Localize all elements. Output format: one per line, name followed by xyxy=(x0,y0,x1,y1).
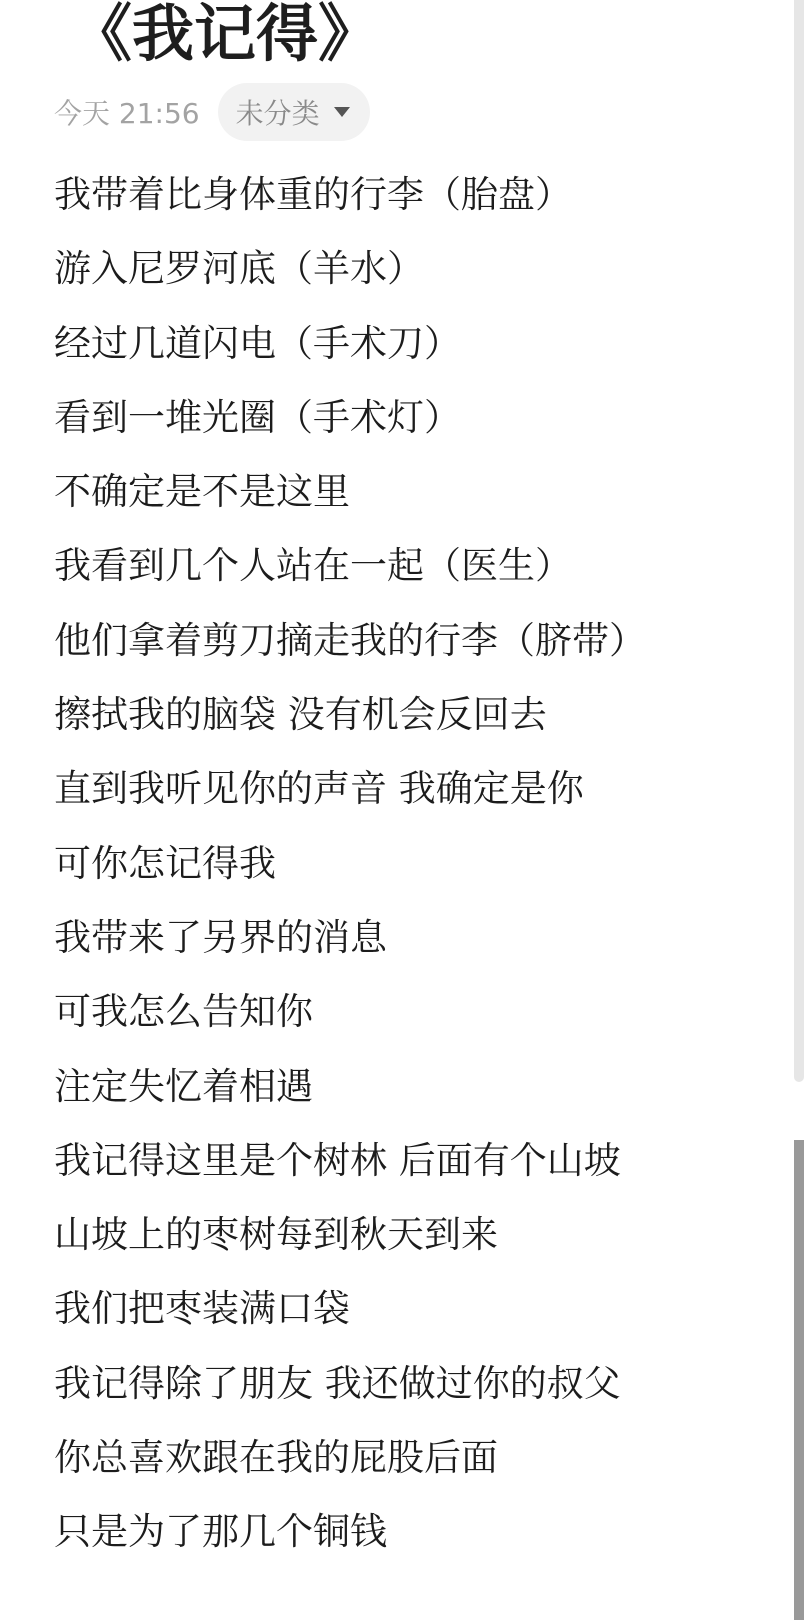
category-label: 未分类 xyxy=(236,92,320,132)
note-line: 我看到几个人站在一起（医生） xyxy=(54,529,774,603)
note-line: 我带来了另界的消息 xyxy=(54,901,774,975)
note-line: 我记得除了朋友 我还做过你的叔父 xyxy=(54,1347,774,1421)
note-line: 经过几道闪电（手术刀） xyxy=(54,307,774,381)
note-meta-row: 今天 21:56 未分类 xyxy=(54,82,370,142)
scrollbar-track[interactable] xyxy=(794,0,804,1082)
note-line: 注定失忆着相遇 xyxy=(54,1050,774,1124)
note-line: 可我怎么告知你 xyxy=(54,975,774,1049)
caret-down-icon xyxy=(334,107,350,117)
note-body[interactable]: 我带着比身体重的行李（胎盘） 游入尼罗河底（羊水） 经过几道闪电（手术刀） 看到… xyxy=(54,158,774,1570)
note-title[interactable]: 《我记得》 xyxy=(70,0,380,74)
note-line: 可你怎记得我 xyxy=(54,827,774,901)
note-line: 我们把枣装满口袋 xyxy=(54,1272,774,1346)
note-line: 山坡上的枣树每到秋天到来 xyxy=(54,1198,774,1272)
note-line: 擦拭我的脑袋 没有机会反回去 xyxy=(54,678,774,752)
scrollbar-thumb[interactable] xyxy=(794,1140,804,1620)
note-line: 游入尼罗河底（羊水） xyxy=(54,232,774,306)
note-line: 只是为了那几个铜钱 xyxy=(54,1495,774,1569)
note-line: 不确定是不是这里 xyxy=(54,455,774,529)
note-line: 我记得这里是个树林 后面有个山坡 xyxy=(54,1124,774,1198)
note-line: 你总喜欢跟在我的屁股后面 xyxy=(54,1421,774,1495)
note-timestamp: 今天 21:56 xyxy=(54,92,200,132)
note-line: 我带着比身体重的行李（胎盘） xyxy=(54,158,774,232)
note-line: 直到我听见你的声音 我确定是你 xyxy=(54,752,774,826)
note-line: 看到一堆光圈（手术灯） xyxy=(54,381,774,455)
note-line: 他们拿着剪刀摘走我的行李（脐带） xyxy=(54,604,774,678)
category-dropdown[interactable]: 未分类 xyxy=(218,83,370,141)
